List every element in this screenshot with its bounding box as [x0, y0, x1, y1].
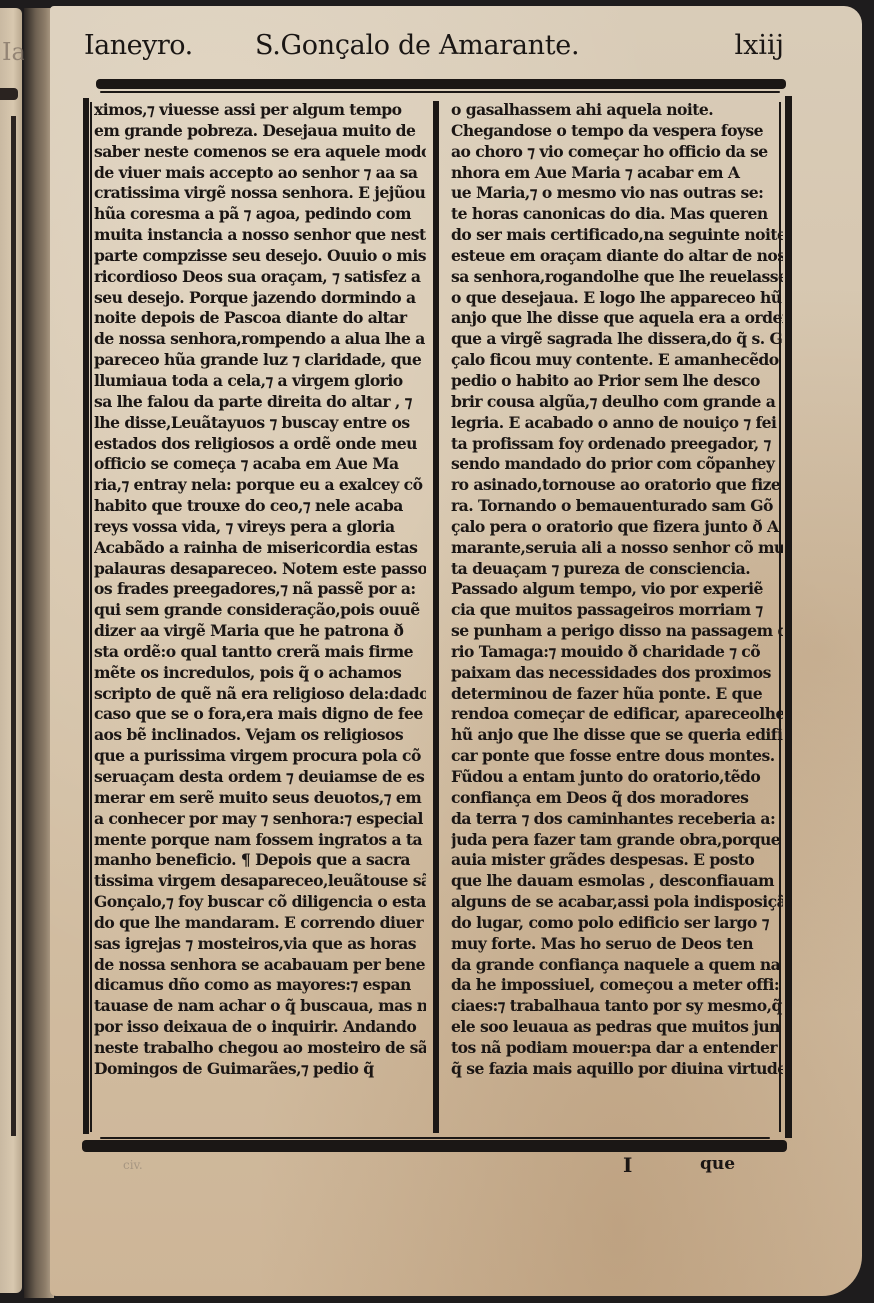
left-border-rule	[83, 98, 89, 1134]
text-line: mẽte os incredulos, pois q̃ o achamos	[94, 663, 426, 684]
facing-page-edge: Ia	[0, 8, 22, 1293]
text-line: te horas canonicas do dia. Mas queren	[451, 204, 783, 225]
facing-page-running-head: Ia	[2, 38, 26, 66]
text-line: ta profissam foy ordenado preegador, ⁊	[451, 434, 783, 455]
text-line: sendo mandado do prior com cõpanhey	[451, 454, 783, 475]
text-line: tos nã podiam mouer:pa dar a entender	[451, 1038, 783, 1059]
text-line: brir cousa algũa,⁊ deulho com grande a	[451, 392, 783, 413]
text-line: se punham a perigo disso na passagem do	[451, 621, 783, 642]
text-line: scripto de quẽ nã era religioso dela:dad…	[94, 684, 426, 705]
text-line: llumiaua toda a cela,⁊ a virgem glorio	[94, 371, 426, 392]
text-column-left: ximos,⁊ viuesse assi per algum tempoem g…	[94, 100, 426, 1080]
bottom-rule	[82, 1140, 787, 1152]
text-line: sta ordẽ:o qual tantto crerã mais firme	[94, 642, 426, 663]
text-line: juda pera fazer tam grande obra,porque	[451, 830, 783, 851]
text-line: alguns de se acabar,assi pola indisposiç…	[451, 892, 783, 913]
text-line: noite depois de Pascoa diante do altar	[94, 308, 426, 329]
text-line: cia que muitos passageiros morriam ⁊	[451, 600, 783, 621]
text-line: que a purissima virgem procura pola cõ	[94, 746, 426, 767]
text-line: mente porque nam fossem ingratos a ta	[94, 830, 426, 851]
text-line: habito que trouxe do ceo,⁊ nele acaba	[94, 496, 426, 517]
text-line: tauase de nam achar o q̃ buscaua, mas nẽ	[94, 996, 426, 1017]
right-border-rule	[785, 96, 792, 1138]
text-line: Chegandose o tempo da vespera foyse	[451, 121, 783, 142]
text-line: Domingos de Guimarães,⁊ pedio q̃	[94, 1059, 426, 1080]
text-line: aos bẽ inclinados. Vejam os religiosos	[94, 725, 426, 746]
column-divider-rule	[433, 101, 439, 1133]
text-line: Fũdou a entam junto do oratorio,tẽdo	[451, 767, 783, 788]
catchword: que	[700, 1154, 735, 1174]
text-line: ciaes:⁊ trabalhaua tanto por sy mesmo,q̃	[451, 996, 783, 1017]
text-line: ue Maria,⁊ o mesmo vio nas outras se:	[451, 183, 783, 204]
text-line: esteue em oraçam diante do altar de nos	[451, 246, 783, 267]
text-line: da he impossiuel, começou a meter offi:	[451, 975, 783, 996]
text-line: da terra ⁊ dos caminhantes receberia a:	[451, 809, 783, 830]
text-line: ta deuaçam ⁊ pureza de consciencia.	[451, 559, 783, 580]
text-line: çalo pera o oratorio que fizera junto ð …	[451, 517, 783, 538]
text-line: qui sem grande consideração,pois ouuẽ	[94, 600, 426, 621]
text-line: parte compzisse seu desejo. Ouuio o mise	[94, 246, 426, 267]
text-line: ricordioso Deos sua oraçam, ⁊ satisfez a	[94, 267, 426, 288]
text-line: auia mister grãdes despesas. E posto	[451, 850, 783, 871]
running-head-month: Ianeyro.	[84, 30, 193, 61]
text-line: o que desejaua. E logo lhe appareceo hũ	[451, 288, 783, 309]
text-line: manho beneficio. ¶ Depois que a sacra	[94, 850, 426, 871]
text-line: da grande confiança naquele a quem na	[451, 955, 783, 976]
text-line: Acabãdo a rainha de misericordia estas	[94, 538, 426, 559]
text-line: caso que se o fora,era mais digno de fee	[94, 704, 426, 725]
text-line: cratissima virgẽ nossa senhora. E jejũou	[94, 183, 426, 204]
text-line: car ponte que fosse entre dous montes.	[451, 746, 783, 767]
text-line: sas igrejas ⁊ mosteiros,via que as horas	[94, 934, 426, 955]
text-line: pedio o habito ao Prior sem lhe desco	[451, 371, 783, 392]
facing-page-rule	[0, 88, 18, 100]
facing-page-column-rule	[11, 116, 16, 1136]
text-line: tissima virgem desapareceo,leuãtouse sã	[94, 871, 426, 892]
text-line: do lugar, como polo edificio ser largo ⁊	[451, 913, 783, 934]
text-line: pareceo hũa grande luz ⁊ claridade, que	[94, 350, 426, 371]
text-line: muita instancia a nosso senhor que nesta	[94, 225, 426, 246]
text-line: dicamus dño como as mayores:⁊ espan	[94, 975, 426, 996]
text-line: lhe disse,Leuãtayuos ⁊ buscay entre os	[94, 413, 426, 434]
text-line: o gasalhassem ahi aquela noite.	[451, 100, 783, 121]
text-line: q̃ se fazia mais aquillo por diuina virt…	[451, 1059, 783, 1080]
text-line: paixam das necessidades dos proximos	[451, 663, 783, 684]
text-line: ria,⁊ entray nela: porque eu a exalcey c…	[94, 475, 426, 496]
text-line: Gonçalo,⁊ foy buscar cõ diligencia o est…	[94, 892, 426, 913]
text-line: rendoa começar de edificar, apareceolhe	[451, 704, 783, 725]
text-line: Passado algum tempo, vio por experiẽ	[451, 579, 783, 600]
text-line: determinou de fazer hũa ponte. E que	[451, 684, 783, 705]
text-line: merar em serẽ muito seus deuotos,⁊ em	[94, 788, 426, 809]
text-line: sa senhora,rogandolhe que lhe reuelasse	[451, 267, 783, 288]
text-line: reys vossa vida, ⁊ vireys pera a gloria	[94, 517, 426, 538]
text-line: marante,seruia ali a nosso senhor cõ mui	[451, 538, 783, 559]
bleedthrough-text: civ.	[123, 1158, 143, 1172]
text-line: os frades preegadores,⁊ nã passẽ por a:	[94, 579, 426, 600]
text-line: hũa coresma a pã ⁊ agoa, pedindo com	[94, 204, 426, 225]
text-line: ao choro ⁊ vio começar ho officio da se	[451, 142, 783, 163]
signature-mark: I	[623, 1153, 632, 1177]
folio-number: lxiij	[734, 30, 784, 61]
text-line: palauras desapareceo. Notem este passo	[94, 559, 426, 580]
text-line: em grande pobreza. Desejaua muito de	[94, 121, 426, 142]
text-line: çalo ficou muy contente. E amanhecẽdo	[451, 350, 783, 371]
text-line: do ser mais certificado,na seguinte noit…	[451, 225, 783, 246]
text-column-right: o gasalhassem ahi aquela noite.Chegandos…	[451, 100, 783, 1080]
top-rule	[96, 79, 786, 89]
text-line: ele soo leuaua as pedras que muitos jun	[451, 1017, 783, 1038]
text-line: de nossa senhora se acabauam per bene	[94, 955, 426, 976]
text-line: neste trabalho chegou ao mosteiro de sã	[94, 1038, 426, 1059]
text-line: seruaçam desta ordem ⁊ deuiamse de es	[94, 767, 426, 788]
top-rule-thin	[100, 91, 780, 93]
text-line: por isso deixaua de o inquirir. Andando	[94, 1017, 426, 1038]
text-line: que a virgẽ sagrada lhe dissera,do q̃ s.…	[451, 329, 783, 350]
text-line: seu desejo. Porque jazendo dormindo a	[94, 288, 426, 309]
running-head: Ianeyro. S.Gonçalo de Amarante. lxiij	[84, 30, 784, 70]
text-line: anjo que lhe disse que aquela era a orde…	[451, 308, 783, 329]
text-line: do que lhe mandaram. E correndo diuer	[94, 913, 426, 934]
text-line: dizer aa virgẽ Maria que he patrona ð	[94, 621, 426, 642]
text-line: legria. E acabado o anno de nouiço ⁊ fei	[451, 413, 783, 434]
running-head-title: S.Gonçalo de Amarante.	[255, 30, 579, 61]
text-line: confiança em Deos q̃ dos moradores	[451, 788, 783, 809]
text-line: nhora em Aue Maria ⁊ acabar em A	[451, 163, 783, 184]
text-line: muy forte. Mas ho seruo de Deos ten	[451, 934, 783, 955]
text-line: de viuer mais accepto ao senhor ⁊ aa sa	[94, 163, 426, 184]
text-line: sa lhe falou da parte direita do altar ,…	[94, 392, 426, 413]
text-line: officio se começa ⁊ acaba em Aue Ma	[94, 454, 426, 475]
text-line: estados dos religiosos a ordẽ onde meu	[94, 434, 426, 455]
text-line: hũ anjo que lhe disse que se queria edif…	[451, 725, 783, 746]
text-line: a conhecer por may ⁊ senhora:⁊ especial	[94, 809, 426, 830]
left-border-rule-thin	[90, 102, 92, 1132]
text-line: saber neste comenos se era aquele modo	[94, 142, 426, 163]
text-line: ximos,⁊ viuesse assi per algum tempo	[94, 100, 426, 121]
text-line: ro asinado,tornouse ao oratorio que fize	[451, 475, 783, 496]
text-line: rio Tamaga:⁊ mouido ð charidade ⁊ cõ	[451, 642, 783, 663]
text-line: de nossa senhora,rompendo a alua lhe a	[94, 329, 426, 350]
bottom-rule-thin	[100, 1137, 770, 1139]
text-line: que lhe dauam esmolas , desconfiauam	[451, 871, 783, 892]
text-line: ra. Tornando o bemauenturado sam Gõ	[451, 496, 783, 517]
